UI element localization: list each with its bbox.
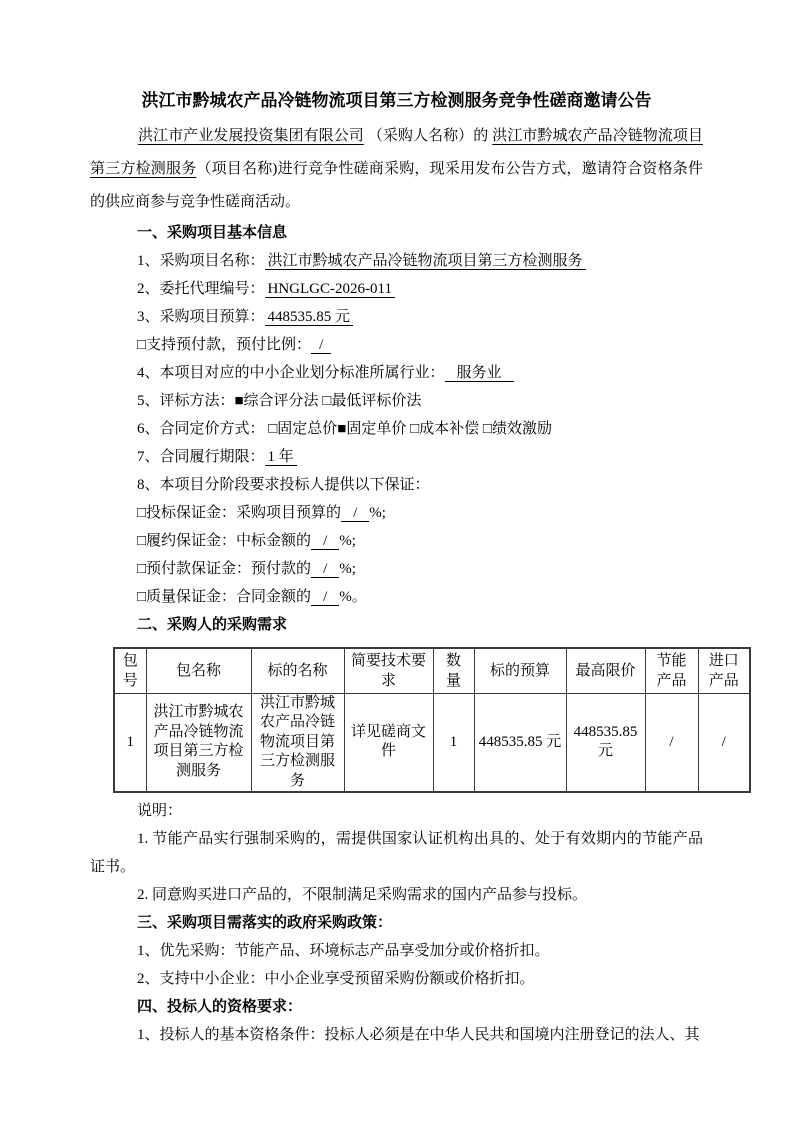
policy-support-sme: 2、支持中小企业：中小企业享受预留采购份额或价格折扣。 xyxy=(90,965,703,993)
bond-label: □质量保证金：合同金额的 xyxy=(137,589,311,605)
table-row: 1 洪江市黔城农产品冷链物流项目第三方检测服务 洪江市黔城农产品冷链物流项目第三… xyxy=(114,693,750,792)
item-project-budget: 3、采购项目预算：448535.85 元 xyxy=(90,303,703,331)
policy-priority-procurement: 1、优先采购：节能产品、环境标志产品享受加分或价格折扣。 xyxy=(90,937,703,965)
cell-imported: / xyxy=(698,693,750,792)
item-evaluation-method: 5、评标方法：■综合评分法 □最低评标价法 xyxy=(90,387,703,415)
item-value-underlined: 448535.85 元 xyxy=(265,309,354,326)
item-project-name: 1、采购项目名称：洪江市黔城农产品冷链物流项目第三方检测服务 xyxy=(90,247,703,275)
item-guarantees-intro: 8、本项目分阶段要求投标人提供以下保证： xyxy=(90,471,703,499)
bond-line-quality: □质量保证金：合同金额的/%。 xyxy=(90,583,703,611)
prepayment-ratio-blank: / xyxy=(311,337,331,354)
intro-paragraph: 洪江市产业发展投资集团有限公司（采购人名称）的洪江市黔城农产品冷链物流项目第三方… xyxy=(90,120,703,219)
item-value-underlined: 1 年 xyxy=(265,449,297,466)
col-header-energy-saving: 节能产品 xyxy=(645,648,698,693)
col-header-budget: 标的预算 xyxy=(474,648,566,693)
item-industry: 4、本项目对应的中小企业划分标准所属行业：服务业 xyxy=(90,359,703,387)
section2-heading: 二、采购人的采购需求 xyxy=(90,611,703,639)
item-label: 4、本项目对应的中小企业划分标准所属行业： xyxy=(137,365,445,381)
item-contract-period: 7、合同履行期限：1 年 xyxy=(90,443,703,471)
cell-tech-requirements: 详见磋商文件 xyxy=(344,693,433,792)
bond-suffix: %; xyxy=(339,561,356,577)
item-pricing-method: 6、合同定价方式： □固定总价■固定单价 □成本补偿 □绩效激励 xyxy=(90,415,703,443)
col-header-package-name: 包名称 xyxy=(146,648,251,693)
cell-budget: 448535.85 元 xyxy=(474,693,566,792)
item-value-underlined: HNGLGC-2026-011 xyxy=(265,281,395,298)
col-header-max-price: 最高限价 xyxy=(566,648,645,693)
col-header-tech-requirements: 简要技术要求 xyxy=(344,648,433,693)
item-label: 1、采购项目名称： xyxy=(137,253,265,269)
note-energy-saving: 1. 节能产品实行强制采购的，需提供国家认证机构出具的、处于有效期内的节能产品证… xyxy=(90,825,703,881)
bond-line-advance: □预付款保证金：预付款的/%; xyxy=(90,555,703,583)
bond-suffix: %; xyxy=(369,505,386,521)
cell-package-no: 1 xyxy=(114,693,146,792)
section3-heading: 三、采购项目需落实的政府采购政策： xyxy=(90,909,703,937)
cell-package-name: 洪江市黔城农产品冷链物流项目第三方检测服务 xyxy=(146,693,251,792)
bond-line-performance: □履约保证金：中标金额的/%; xyxy=(90,527,703,555)
item-label: 7、合同履行期限： xyxy=(137,449,265,465)
col-header-subject-name: 标的名称 xyxy=(251,648,344,693)
document-title: 洪江市黔城农产品冷链物流项目第三方检测服务竞争性磋商邀请公告 xyxy=(90,88,703,114)
bond-suffix: %; xyxy=(339,533,356,549)
bond-suffix: %。 xyxy=(339,589,367,605)
procurement-requirements-table: 包号 包名称 标的名称 简要技术要求 数量 标的预算 最高限价 节能产品 进口产… xyxy=(113,647,751,793)
bond-line-bid: □投标保证金：采购项目预算的/%; xyxy=(90,499,703,527)
bond-blank: / xyxy=(311,533,339,550)
item-value-underlined: 服务业 xyxy=(445,365,514,382)
section1-heading: 一、采购项目基本信息 xyxy=(90,219,703,247)
bond-label: □履约保证金：中标金额的 xyxy=(137,533,311,549)
bond-blank: / xyxy=(311,561,339,578)
bond-blank: / xyxy=(311,589,339,606)
cell-quantity: 1 xyxy=(433,693,474,792)
cell-max-price: 448535.85 元 xyxy=(566,693,645,792)
item-prepayment: □支持预付款，预付比例：/ xyxy=(90,331,703,359)
col-header-package-no: 包号 xyxy=(114,648,146,693)
bond-label: □预付款保证金：预付款的 xyxy=(137,561,311,577)
buyer-label: （采购人名称）的 xyxy=(368,128,488,144)
section4-heading: 四、投标人的资格要求： xyxy=(90,993,703,1021)
table-header-row: 包号 包名称 标的名称 简要技术要求 数量 标的预算 最高限价 节能产品 进口产… xyxy=(114,648,750,693)
bond-blank: / xyxy=(341,505,369,522)
document-page: 洪江市黔城农产品冷链物流项目第三方检测服务竞争性磋商邀请公告 洪江市产业发展投资… xyxy=(0,0,793,1122)
note-imported-products: 2. 同意购买进口产品的，不限制满足采购需求的国内产品参与投标。 xyxy=(90,881,703,909)
col-header-quantity: 数量 xyxy=(433,648,474,693)
bidder-basic-qualification: 1、投标人的基本资格条件：投标人必须是在中华人民共和国境内注册登记的法人、其 xyxy=(90,1021,703,1049)
item-label: 2、委托代理编号： xyxy=(137,281,265,297)
item-value-underlined: 洪江市黔城农产品冷链物流项目第三方检测服务 xyxy=(265,253,586,270)
item-agency-number: 2、委托代理编号：HNGLGC-2026-011 xyxy=(90,275,703,303)
notes-label: 说明： xyxy=(90,797,703,825)
cell-energy-saving: / xyxy=(645,693,698,792)
cell-subject-name: 洪江市黔城农产品冷链物流项目第三方检测服务 xyxy=(251,693,344,792)
bond-label: □投标保证金：采购项目预算的 xyxy=(137,505,341,521)
col-header-imported: 进口产品 xyxy=(698,648,750,693)
item-label: 3、采购项目预算： xyxy=(137,309,265,325)
buyer-name-underlined: 洪江市产业发展投资集团有限公司 xyxy=(138,128,364,144)
prepayment-checkbox-label: □支持预付款，预付比例： xyxy=(137,337,311,353)
